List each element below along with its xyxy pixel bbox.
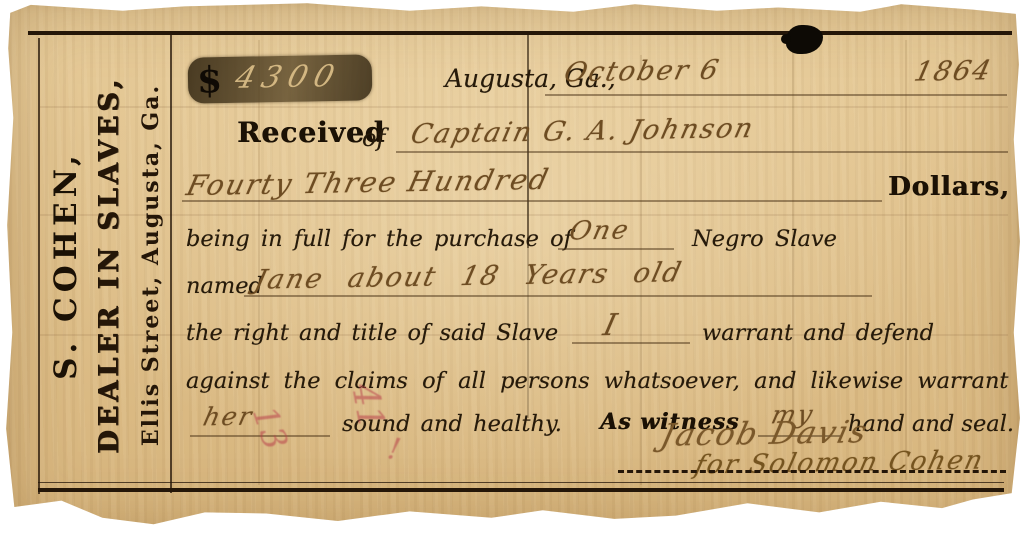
dealer-imprint: S. COHEN, DEALER IN SLAVES, Ellis Street… bbox=[46, 40, 168, 490]
dollar-sign: $ bbox=[197, 59, 223, 101]
dealer-address: Ellis Street, Augusta, Ga. bbox=[134, 40, 168, 490]
received-blank-rule bbox=[396, 151, 1008, 153]
of-label-printed: of bbox=[362, 124, 385, 152]
top-border-rule bbox=[28, 31, 1012, 35]
sidebar-divider-rule bbox=[170, 35, 172, 493]
amount-words-handwritten: Fourty Three Hundred bbox=[183, 163, 553, 202]
right-title-printed: the right and title of said Slave bbox=[186, 320, 558, 346]
dealer-name: S. COHEN, bbox=[46, 40, 86, 490]
quantity-blank-rule bbox=[558, 248, 674, 250]
claims-clause-printed: against the claims of all persons whatso… bbox=[186, 368, 1008, 394]
amount-blank-rule bbox=[182, 200, 882, 202]
year-handwritten: 1864 bbox=[911, 55, 995, 87]
red-pencil-mark: 41 bbox=[343, 380, 391, 432]
bottom-border-rule bbox=[38, 488, 1004, 492]
date-handwritten: October 6 bbox=[561, 55, 723, 89]
dollars-label-printed: Dollars, bbox=[888, 172, 1010, 202]
subject-printed: Negro Slave bbox=[692, 226, 837, 252]
paper-crease bbox=[40, 106, 1008, 108]
left-border-rule bbox=[38, 38, 40, 494]
received-from-handwritten: Captain G. A. Johnson bbox=[408, 113, 758, 150]
pronoun-blank-rule bbox=[572, 342, 690, 344]
named-blank-rule bbox=[244, 295, 872, 297]
hand-seal-printed: hand and seal. bbox=[848, 411, 1014, 437]
paper-crease bbox=[40, 214, 1008, 216]
warrant-printed: warrant and defend bbox=[702, 320, 934, 346]
stamped-amount-handwritten: 4300 bbox=[231, 59, 345, 96]
agent-signature-handwritten: for Solomon Cohen bbox=[692, 445, 987, 480]
signature-dashed-rule bbox=[618, 470, 1006, 473]
amount-stamp-box: $ 4300 bbox=[188, 54, 373, 103]
dealer-title: DEALER IN SLAVES, bbox=[90, 40, 130, 490]
purchase-clause-printed: being in full for the purchase of bbox=[186, 226, 572, 252]
scanned-receipt-page: S. COHEN, DEALER IN SLAVES, Ellis Street… bbox=[0, 0, 1024, 536]
bottom-inner-rule bbox=[38, 482, 1004, 483]
date-blank-rule bbox=[545, 94, 1007, 96]
quantity-handwritten: One bbox=[566, 215, 633, 246]
